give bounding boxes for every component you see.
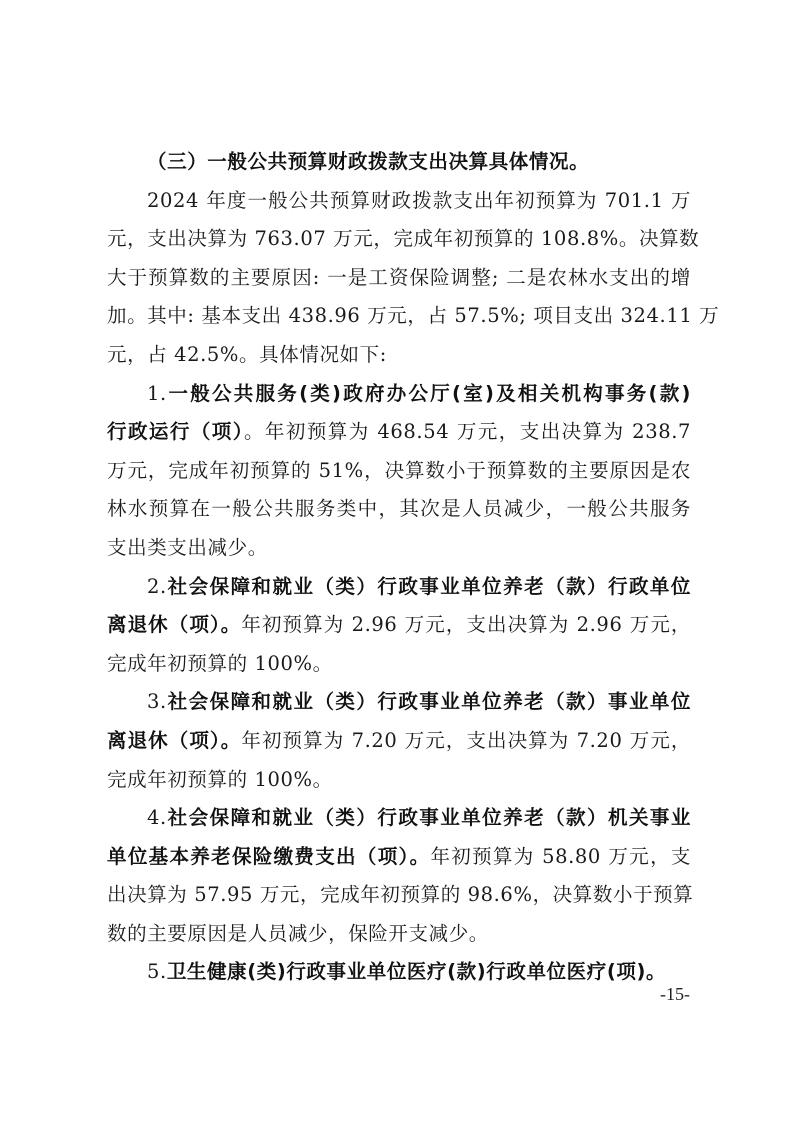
item-title-line: 行政运行（项）。年初预算为 468.54 万元，支出决算为 238.7	[107, 413, 691, 452]
item-title-line: 4.社会保障和就业（类）行政事业单位养老（款）机关事业	[107, 799, 691, 838]
paragraph-line: 2024 年度一般公共预算财政拨款支出年初预算为 701.1 万	[107, 182, 691, 221]
item-title: 一般公共服务(类)政府办公厅(室)及相关机构事务(款)	[167, 382, 691, 405]
item-title-line: 离退休（项）。年初预算为 7.20 万元，支出决算为 7.20 万元，	[107, 722, 691, 761]
item-text: 年初预算为 2.96 万元，支出决算为 2.96 万元，	[241, 613, 691, 636]
item-title-line: 2.社会保障和就业（类）行政事业单位养老（款）行政单位	[107, 568, 691, 607]
paragraph-line: 元，支出决算为 763.07 万元，完成年初预算的 108.8%。决算数	[107, 220, 691, 259]
paragraph-line: 支出类支出减少。	[107, 529, 691, 568]
paragraph-line: 加。其中: 基本支出 438.96 万元，占 57.5%; 项目支出 324.1…	[107, 297, 691, 336]
paragraph-line: 完成年初预算的 100%。	[107, 645, 691, 684]
item-title: 离退休（项）。	[107, 729, 241, 752]
item-title: 社会保障和就业（类）行政事业单位养老（款）行政单位	[167, 575, 691, 598]
item-1: 1.一般公共服务(类)政府办公厅(室)及相关机构事务(款) 行政运行（项）。年初…	[107, 375, 691, 568]
item-number: 1.	[147, 382, 167, 405]
paragraph-line: 元，占 42.5%。具体情况如下:	[107, 336, 691, 375]
item-title-line: 离退休（项）。年初预算为 2.96 万元，支出决算为 2.96 万元，	[107, 606, 691, 645]
paragraph-line: 林水预算在一般公共服务类中，其次是人员减少，一般公共服务	[107, 490, 691, 529]
item-number: 3.	[147, 690, 167, 713]
paragraph-line: 出决算为 57.95 万元，完成年初预算的 98.6%，决算数小于预算	[107, 876, 691, 915]
item-title: 单位基本养老保险缴费支出（项）。	[107, 845, 430, 868]
item-4: 4.社会保障和就业（类）行政事业单位养老（款）机关事业 单位基本养老保险缴费支出…	[107, 799, 691, 953]
item-2: 2.社会保障和就业（类）行政事业单位养老（款）行政单位 离退休（项）。年初预算为…	[107, 568, 691, 684]
item-text: 年初预算为 58.80 万元，支	[430, 845, 691, 868]
intro-paragraph: 2024 年度一般公共预算财政拨款支出年初预算为 701.1 万 元，支出决算为…	[107, 182, 691, 375]
paragraph-line: 大于预算数的主要原因: 一是工资保险调整; 二是农林水支出的增	[107, 259, 691, 298]
paragraph-line: 万元，完成年初预算的 51%，决算数小于预算数的主要原因是农	[107, 452, 691, 491]
item-number: 2.	[147, 575, 167, 598]
item-title: 离退休（项）。	[107, 613, 241, 636]
item-title-line: 1.一般公共服务(类)政府办公厅(室)及相关机构事务(款)	[107, 375, 691, 414]
item-text: 。年初预算为 468.54 万元，支出决算为 238.7	[244, 420, 691, 443]
page-number: -15-	[660, 984, 690, 1005]
item-title-line: 3.社会保障和就业（类）行政事业单位养老（款）事业单位	[107, 683, 691, 722]
item-3: 3.社会保障和就业（类）行政事业单位养老（款）事业单位 离退休（项）。年初预算为…	[107, 683, 691, 799]
item-5: 5.卫生健康(类)行政事业单位医疗(款)行政单位医疗(项)。	[107, 953, 691, 992]
item-title: 社会保障和就业（类）行政事业单位养老（款）机关事业	[167, 806, 691, 829]
item-number: 5.	[147, 960, 167, 983]
item-title-line: 5.卫生健康(类)行政事业单位医疗(款)行政单位医疗(项)。	[107, 953, 691, 992]
paragraph-line: 完成年初预算的 100%。	[107, 761, 691, 800]
item-text: 年初预算为 7.20 万元，支出决算为 7.20 万元，	[241, 729, 691, 752]
document-page: （三）一般公共预算财政拨款支出决算具体情况。 2024 年度一般公共预算财政拨款…	[107, 143, 691, 992]
paragraph-line: 数的主要原因是人员减少，保险开支减少。	[107, 915, 691, 954]
item-title: 社会保障和就业（类）行政事业单位养老（款）事业单位	[167, 690, 691, 713]
item-number: 4.	[147, 806, 167, 829]
section-heading: （三）一般公共预算财政拨款支出决算具体情况。	[107, 143, 691, 182]
item-title: 行政运行（项）	[107, 420, 244, 443]
item-title-line: 单位基本养老保险缴费支出（项）。年初预算为 58.80 万元，支	[107, 838, 691, 877]
item-title: 卫生健康(类)行政事业单位医疗(款)行政单位医疗(项)。	[167, 960, 666, 983]
